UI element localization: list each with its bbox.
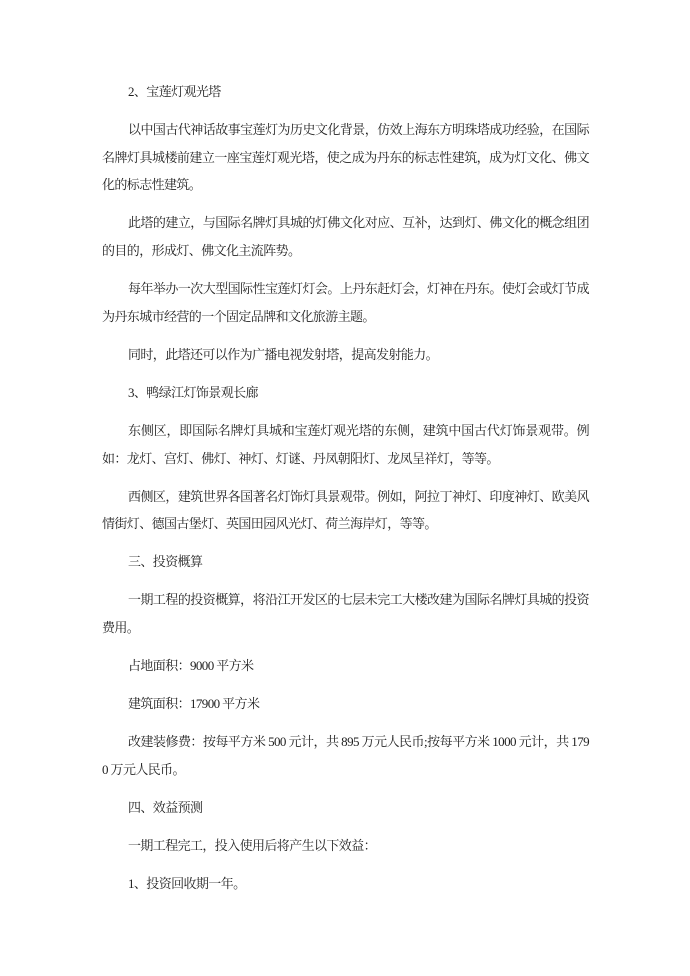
para-broadcast-tower: 同时，此塔还可以作为广播电视发射塔，提高发射能力。 [102, 341, 589, 369]
para-phase1-estimate: 一期工程的投资概算，将沿江开发区的七层未完工大楼改建为国际名牌灯具城的投资费用。 [102, 586, 589, 641]
para-phase1-benefits: 一期工程完工，投入使用后将产生以下效益： [102, 832, 589, 860]
para-lantern-festival: 每年举办一次大型国际性宝莲灯灯会。上丹东赶灯会，灯神在丹东。使灯会或灯节成为丹东… [102, 275, 589, 330]
document-page: 2、宝莲灯观光塔 以中国古代神话故事宝莲灯为历史文化背景，仿效上海东方明珠塔成功… [102, 78, 589, 908]
para-renovation-cost: 改建装修费：按每平方米 500 元计，共 895 万元人民币;按每平方米 100… [102, 728, 589, 783]
line-land-area: 占地面积：9000 平方米 [102, 652, 589, 680]
heading-investment-estimate: 三、投资概算 [102, 548, 589, 576]
heading-baolian-tower: 2、宝莲灯观光塔 [102, 78, 589, 106]
line-floor-area: 建筑面积：17900 平方米 [102, 690, 589, 718]
para-west-zone: 西侧区，建筑世界各国著名灯饰灯具景观带。例如，阿拉丁神灯、印度神灯、欧美风情街灯… [102, 483, 589, 538]
heading-yalu-corridor: 3、鸭绿江灯饰景观长廊 [102, 379, 589, 407]
heading-benefit-forecast: 四、效益预测 [102, 794, 589, 822]
para-east-zone: 东侧区，即国际名牌灯具城和宝莲灯观光塔的东侧，建筑中国古代灯饰景观带。例如：龙灯… [102, 417, 589, 472]
para-baolian-background: 以中国古代神话故事宝莲灯为历史文化背景，仿效上海东方明珠塔成功经验，在国际名牌灯… [102, 116, 589, 199]
para-tower-purpose: 此塔的建立，与国际名牌灯具城的灯佛文化对应、互补，达到灯、佛文化的概念组团的目的… [102, 209, 589, 264]
line-payback-period: 1、投资回收期一年。 [102, 870, 589, 898]
